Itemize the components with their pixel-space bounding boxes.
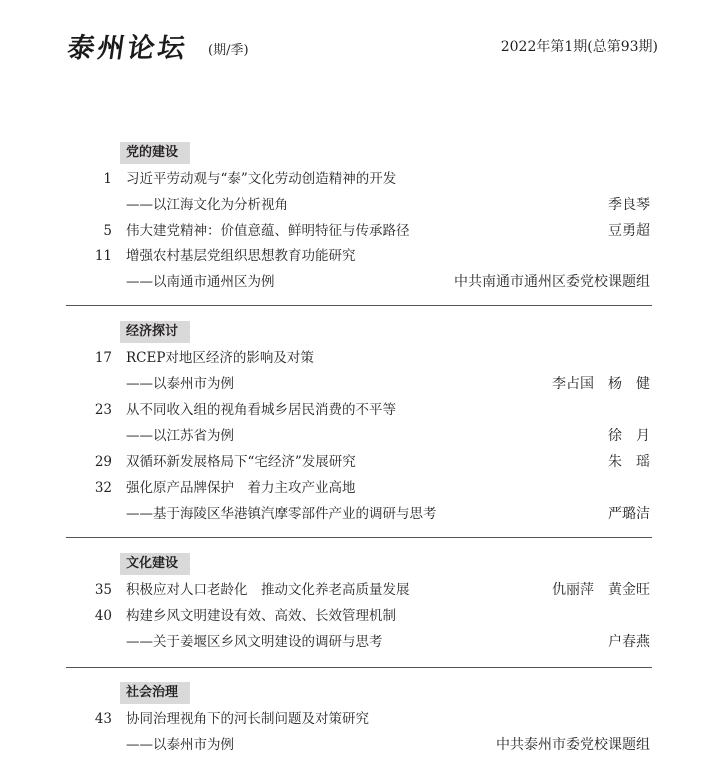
article-title: 强化原产品牌保护 着力主攻产业高地: [126, 477, 356, 499]
section-divider: [66, 305, 652, 306]
toc-entry[interactable]: 35 积极应对人口老龄化 推动文化养老高质量发展 仇丽萍 黄金旺: [66, 579, 652, 601]
article-author: 仇丽萍 黄金旺: [552, 579, 650, 601]
article-title: 从不同收入组的视角看城乡居民消费的不平等: [126, 399, 396, 421]
toc-entry[interactable]: 43 协同治理视角下的河长制问题及对策研究: [66, 708, 652, 730]
article-author: 严璐洁: [608, 503, 650, 525]
toc-entry[interactable]: 32 强化原产品牌保护 着力主攻产业高地: [66, 477, 652, 499]
article-title: 积极应对人口老龄化 推动文化养老高质量发展: [126, 579, 410, 601]
article-title: 协同治理视角下的河长制问题及对策研究: [126, 708, 369, 730]
toc-entry-subtitle: ——以南通市通州区为例 中共南通市通州区委党校课题组: [66, 271, 652, 293]
article-author: 中共南通市通州区委党校课题组: [454, 271, 650, 293]
article-subtitle: ——以江苏省为例: [126, 425, 234, 447]
toc-entry[interactable]: 29 双循环新发展格局下“宅经济”发展研究 朱 瑶: [66, 451, 652, 473]
section-heading: 社会治理: [120, 682, 190, 704]
page-number: 1: [88, 168, 112, 190]
article-author: 朱 瑶: [608, 451, 650, 473]
section-heading: 经济探讨: [120, 321, 190, 343]
article-title: 构建乡风文明建设有效、高效、长效管理机制: [126, 605, 396, 627]
article-title: RCEP对地区经济的影响及对策: [126, 347, 314, 369]
article-title: 双循环新发展格局下“宅经济”发展研究: [126, 451, 356, 473]
toc-entry-subtitle: ——关于姜堰区乡风文明建设的调研与思考 户春燕: [66, 631, 652, 653]
toc-entry-subtitle: ——以江苏省为例 徐 月: [66, 425, 652, 447]
article-subtitle: ——关于姜堰区乡风文明建设的调研与思考: [126, 631, 383, 653]
article-title: 增强农村基层党组织思想教育功能研究: [126, 245, 356, 267]
page-number: 35: [88, 579, 112, 601]
toc-entry-subtitle: ——基于海陵区华港镇汽摩零部件产业的调研与思考 严璐洁: [66, 503, 652, 525]
page-number: 29: [88, 451, 112, 473]
article-title: 伟大建党精神：价值意蕴、鲜明特征与传承路径: [126, 220, 410, 242]
article-author: 豆勇超: [608, 220, 650, 242]
article-author: 季良琴: [608, 194, 650, 216]
toc-entry-subtitle: ——以江海文化为分析视角 季良琴: [66, 194, 652, 216]
article-author: 户春燕: [608, 631, 650, 653]
article-subtitle: ——以南通市通州区为例: [126, 271, 275, 293]
page-number: 17: [88, 347, 112, 369]
article-title: 习近平劳动观与“泰”文化劳动创造精神的开发: [126, 168, 396, 190]
journal-logo: 泰州论坛: [65, 26, 190, 65]
page-number: 5: [88, 220, 112, 242]
issue-label: 2022年第1期(总第93期): [501, 36, 658, 56]
toc-entry-subtitle: ——以泰州市为例 李占国 杨 健: [66, 373, 652, 395]
article-author: 李占国 杨 健: [552, 373, 650, 395]
toc-entry[interactable]: 17 RCEP对地区经济的影响及对策: [66, 347, 652, 369]
frequency-label: (期/季): [208, 39, 249, 58]
section-divider: [66, 667, 652, 668]
article-subtitle: ——以江海文化为分析视角: [126, 194, 288, 216]
article-subtitle: ——以泰州市为例: [126, 734, 234, 756]
section-social-governance: 社会治理 43 协同治理视角下的河长制问题及对策研究 ——以泰州市为例 中共泰州…: [66, 682, 652, 758]
section-heading: 文化建设: [120, 553, 190, 575]
article-author: 中共泰州市委党校课题组: [496, 734, 650, 756]
toc-entry[interactable]: 5 伟大建党精神：价值意蕴、鲜明特征与传承路径 豆勇超: [66, 220, 652, 242]
section-economic-discussion: 经济探讨 17 RCEP对地区经济的影响及对策 ——以泰州市为例 李占国 杨 健…: [66, 321, 652, 526]
section-divider: [66, 537, 652, 538]
section-heading: 党的建设: [120, 142, 190, 164]
page-number: 40: [88, 605, 112, 627]
section-cultural-construction: 文化建设 35 积极应对人口老龄化 推动文化养老高质量发展 仇丽萍 黄金旺 40…: [66, 553, 652, 658]
article-author: 徐 月: [608, 425, 650, 447]
page-number: 11: [88, 245, 112, 267]
page-number: 32: [88, 477, 112, 499]
article-subtitle: ——以泰州市为例: [126, 373, 234, 395]
masthead: 泰州论坛 (期/季) 2022年第1期(总第93期): [68, 26, 658, 66]
toc-entry[interactable]: 23 从不同收入组的视角看城乡居民消费的不平等: [66, 399, 652, 421]
page-number: 23: [88, 399, 112, 421]
toc-entry-subtitle: ——以泰州市为例 中共泰州市委党校课题组: [66, 734, 652, 756]
page-number: 43: [88, 708, 112, 730]
toc-entry[interactable]: 1 习近平劳动观与“泰”文化劳动创造精神的开发: [66, 168, 652, 190]
toc-entry[interactable]: 40 构建乡风文明建设有效、高效、长效管理机制: [66, 605, 652, 627]
article-subtitle: ——基于海陵区华港镇汽摩零部件产业的调研与思考: [126, 503, 437, 525]
toc-entry[interactable]: 11 增强农村基层党组织思想教育功能研究: [66, 245, 652, 267]
section-party-building: 党的建设 1 习近平劳动观与“泰”文化劳动创造精神的开发 ——以江海文化为分析视…: [66, 142, 652, 292]
